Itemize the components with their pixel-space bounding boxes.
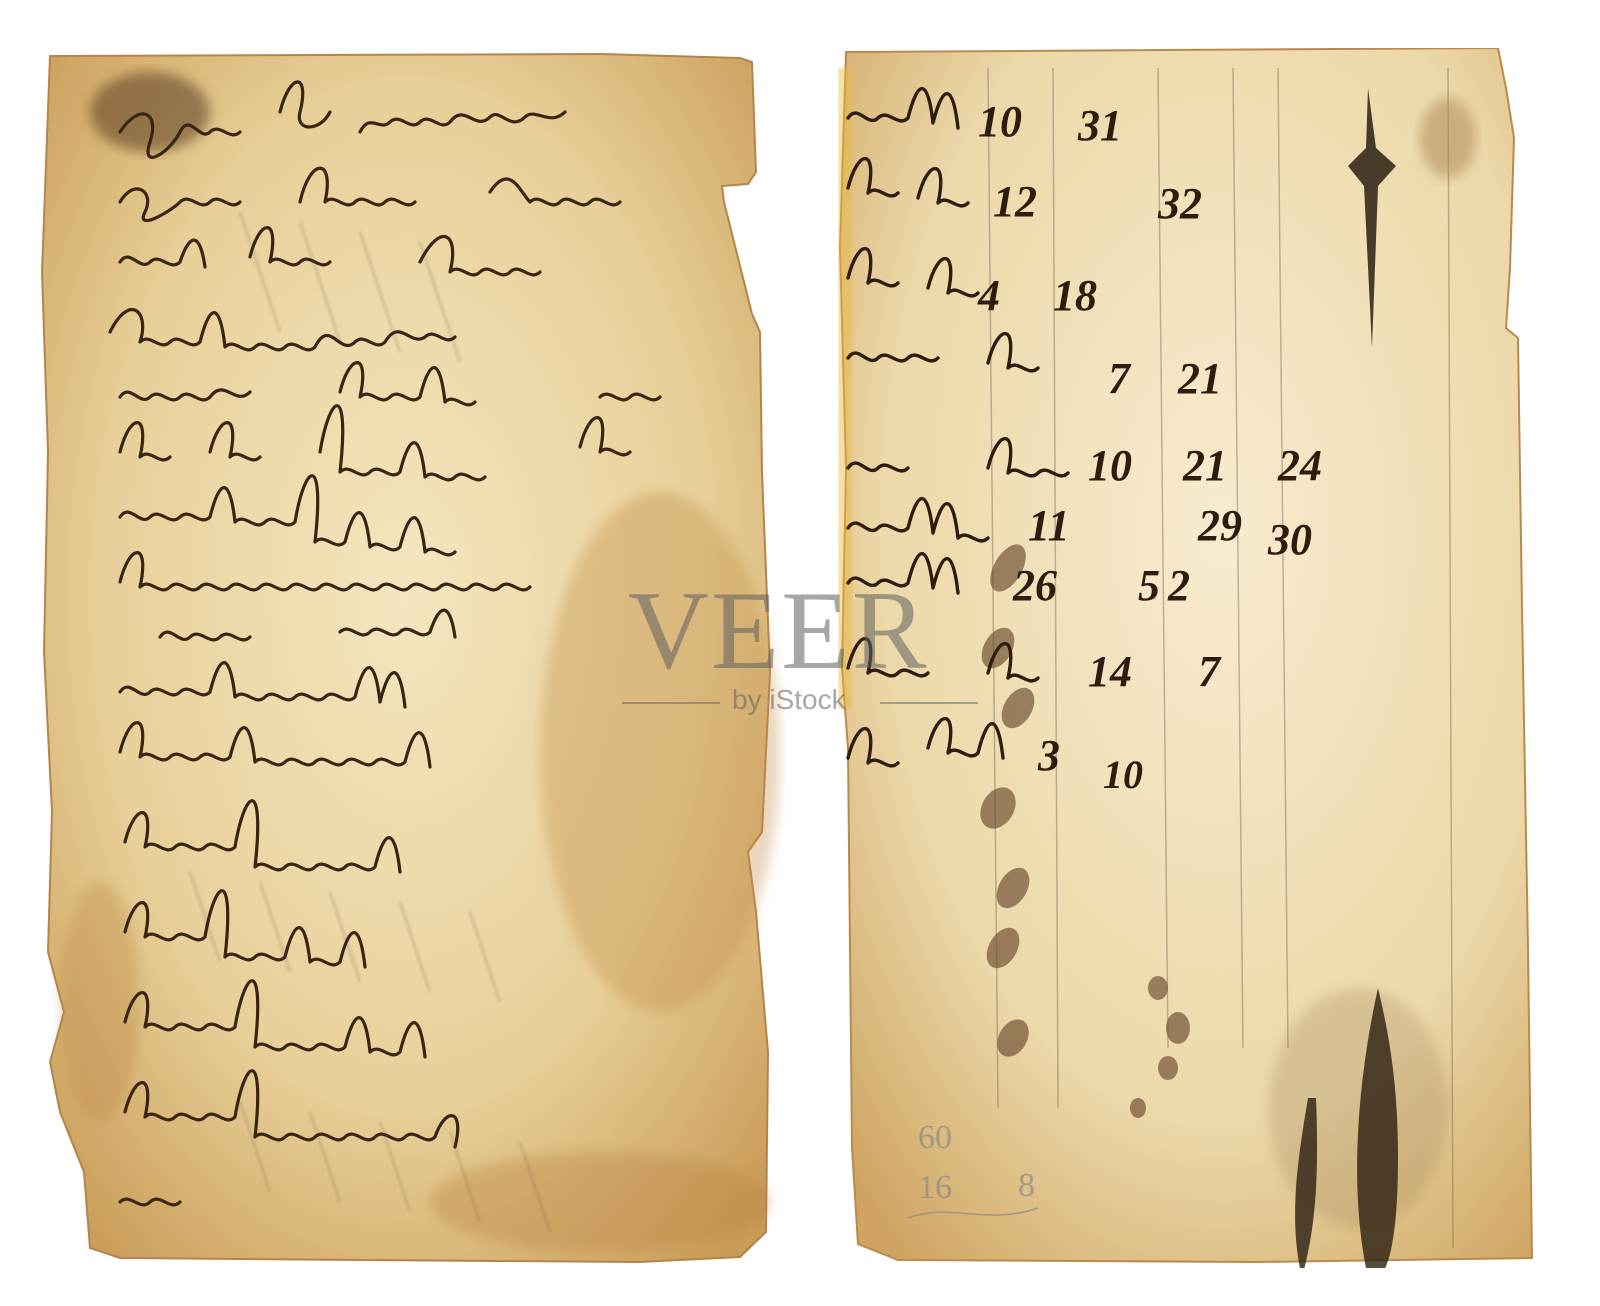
svg-text:14: 14 <box>1088 647 1132 696</box>
left-page-artwork <box>40 52 785 1264</box>
left-manuscript-page <box>40 52 785 1264</box>
svg-text:2: 2 <box>1167 561 1190 610</box>
svg-text:12: 12 <box>993 177 1037 226</box>
svg-text:10: 10 <box>1103 752 1143 797</box>
right-manuscript-page: 60 16 8 10 31 12 32 4 18 7 21 10 <box>838 48 1533 1268</box>
svg-text:10: 10 <box>978 97 1022 146</box>
svg-text:31: 31 <box>1077 101 1122 150</box>
svg-text:21: 21 <box>1182 441 1227 490</box>
svg-text:21: 21 <box>1177 354 1222 403</box>
svg-text:7: 7 <box>1108 354 1132 403</box>
svg-text:32: 32 <box>1157 179 1202 228</box>
svg-text:11: 11 <box>1028 501 1070 550</box>
svg-text:26: 26 <box>1012 561 1057 610</box>
svg-text:18: 18 <box>1053 271 1097 320</box>
svg-text:7: 7 <box>1198 647 1222 696</box>
right-page-artwork: 60 16 8 10 31 12 32 4 18 7 21 10 <box>838 48 1533 1268</box>
svg-text:30: 30 <box>1267 515 1312 564</box>
svg-text:8: 8 <box>1018 1167 1035 1204</box>
svg-text:10: 10 <box>1088 441 1132 490</box>
svg-text:24: 24 <box>1277 441 1322 490</box>
svg-text:5: 5 <box>1138 561 1160 610</box>
svg-text:60: 60 <box>918 1119 952 1156</box>
svg-text:3: 3 <box>1037 731 1060 780</box>
svg-text:29: 29 <box>1197 501 1242 550</box>
svg-text:4: 4 <box>977 271 1000 320</box>
svg-text:16: 16 <box>918 1169 952 1206</box>
